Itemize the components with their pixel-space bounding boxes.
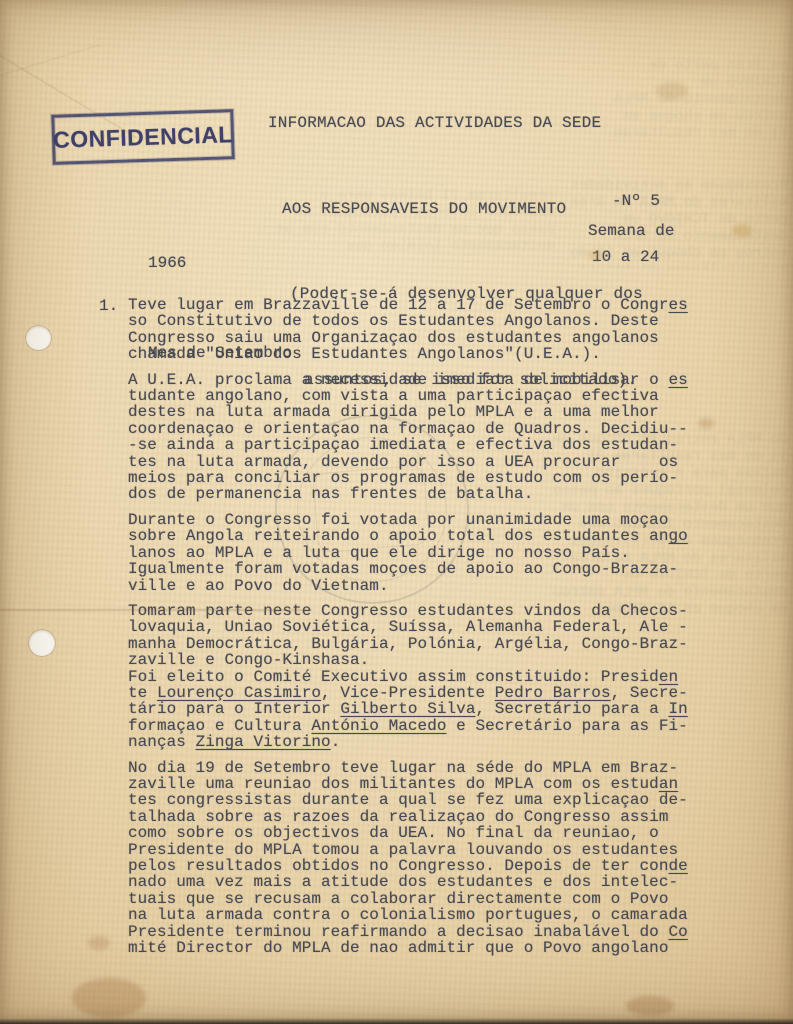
body-line: zaville e Congo-Kinshasa. xyxy=(128,652,688,668)
paragraph: Tomaram parte neste Congresso estudantes… xyxy=(128,603,688,751)
year-label: 1966 xyxy=(148,248,292,278)
paragraph: No dia 19 de Setembro teve lugar na séde… xyxy=(128,760,688,957)
body-line: ville e ao Povo do Vietnam. xyxy=(128,578,688,594)
body-line: No dia 19 de Setembro teve lugar na séde… xyxy=(128,760,688,776)
body-line: manha Democrática, Bulgária, Polónia, Ar… xyxy=(128,636,688,652)
body-line: Foi eleito o Comité Executivo assim cons… xyxy=(128,669,688,685)
body-line: A U.E.A. proclama a necessidade imediata… xyxy=(128,372,688,388)
body-line: na luta armada contra o colonialismo por… xyxy=(128,907,688,923)
body-line: tuais que se recusam a colaborar directa… xyxy=(128,891,688,907)
week-range-label: 10 a 24 xyxy=(592,248,659,266)
body-line: tário para o Interior Gilberto Silva, Se… xyxy=(128,701,688,717)
body-line: Tomaram parte neste Congresso estudantes… xyxy=(128,603,688,619)
body-line: tes na luta armada, devendo por isso a U… xyxy=(128,454,688,470)
body-line: coordenaçao e orientaçao na formaçao de … xyxy=(128,421,688,437)
body-line: sobre Angola reiteirando o apoio total d… xyxy=(128,528,688,544)
body-line: tudante angolano, com vista a uma partic… xyxy=(128,388,688,404)
paragraph: Teve lugar em Brazzaville de 12 a 17 de … xyxy=(128,297,688,363)
body-line: chamada "Uniao dos Estudantes Angolanos"… xyxy=(128,346,688,362)
body-line: mité Director do MPLA de nao admitir que… xyxy=(128,940,688,956)
paragraph: Durante o Congresso foi votada por unani… xyxy=(128,512,688,594)
scanned-document-page: Prosseguem as actividades militares do M… xyxy=(0,0,793,1024)
body-line: nado uma vez mais a atitude dos estudant… xyxy=(128,874,688,890)
body-line: nanças Zinga Vitorino. xyxy=(128,734,688,750)
document-body: Teve lugar em Brazzaville de 12 a 17 de … xyxy=(128,297,688,965)
body-line: destes na luta armada dirigida pelo MPLA… xyxy=(128,404,688,420)
body-line: lovaquia, Uniao Soviética, Suíssa, Alema… xyxy=(128,619,688,635)
issue-number-label: -Nº 5 xyxy=(612,192,660,210)
item-number: 1. xyxy=(99,297,118,315)
body-line: Igualmente foram votadas moçoes de apoio… xyxy=(128,561,688,577)
report-title-line-1: INFORMACAO DAS ACTIVIDADES DA SEDE xyxy=(268,109,643,138)
body-line: talhada sobre as razoes da realizaçao do… xyxy=(128,809,688,825)
body-line: formaçao e Cultura António Macedo e Secr… xyxy=(128,718,688,734)
week-label: Semana de xyxy=(588,222,674,240)
paper-stain xyxy=(88,936,110,950)
body-line: te Lourenço Casimiro, Vice-Presidente Pe… xyxy=(128,685,688,701)
paragraph: A U.E.A. proclama a necessidade imediata… xyxy=(128,372,688,503)
body-line: -se ainda a participaçao imediata e efec… xyxy=(128,437,688,453)
body-line: Congresso saiu uma Organizaçao dos estud… xyxy=(128,330,688,346)
paper-stain xyxy=(732,224,752,237)
paper-crease xyxy=(0,44,100,80)
paper-stain xyxy=(698,418,714,429)
body-line: Durante o Congresso foi votada por unani… xyxy=(128,512,688,528)
body-line: Presidente do MPLA tomou a palavra louva… xyxy=(128,842,688,858)
body-line: pelos resultados obtidos no Congresso. D… xyxy=(128,858,688,874)
confidencial-stamp: CONFIDENCIAL xyxy=(51,109,234,165)
body-line: dos de permanencia nas frentes de batalh… xyxy=(128,486,688,502)
punch-hole-bottom xyxy=(29,630,55,656)
body-line: meios para conciliar os programas de est… xyxy=(128,470,688,486)
body-line: Presidente terminou reafirmando a decisa… xyxy=(128,924,688,940)
report-title-line-2: AOS RESPONSAVEIS DO MOVIMENTO xyxy=(268,195,643,224)
body-line: zaville uma reuniao dos militantes do MP… xyxy=(128,776,688,792)
paper-stain xyxy=(72,978,146,1018)
paper-stain xyxy=(656,82,688,100)
paper-stain xyxy=(626,996,674,1016)
body-line: tes congressistas durante a qual se fez … xyxy=(128,792,688,808)
punch-hole-top xyxy=(26,326,51,350)
body-line: so Constitutivo de todos os Estudantes A… xyxy=(128,313,688,329)
body-line: lanos ao MPLA e a luta que ele dirige no… xyxy=(128,545,688,561)
scan-bottom-edge xyxy=(0,1018,793,1024)
body-line: Teve lugar em Brazzaville de 12 a 17 de … xyxy=(128,297,688,313)
body-line: como sobre os objectivos da UEA. No fina… xyxy=(128,825,688,841)
